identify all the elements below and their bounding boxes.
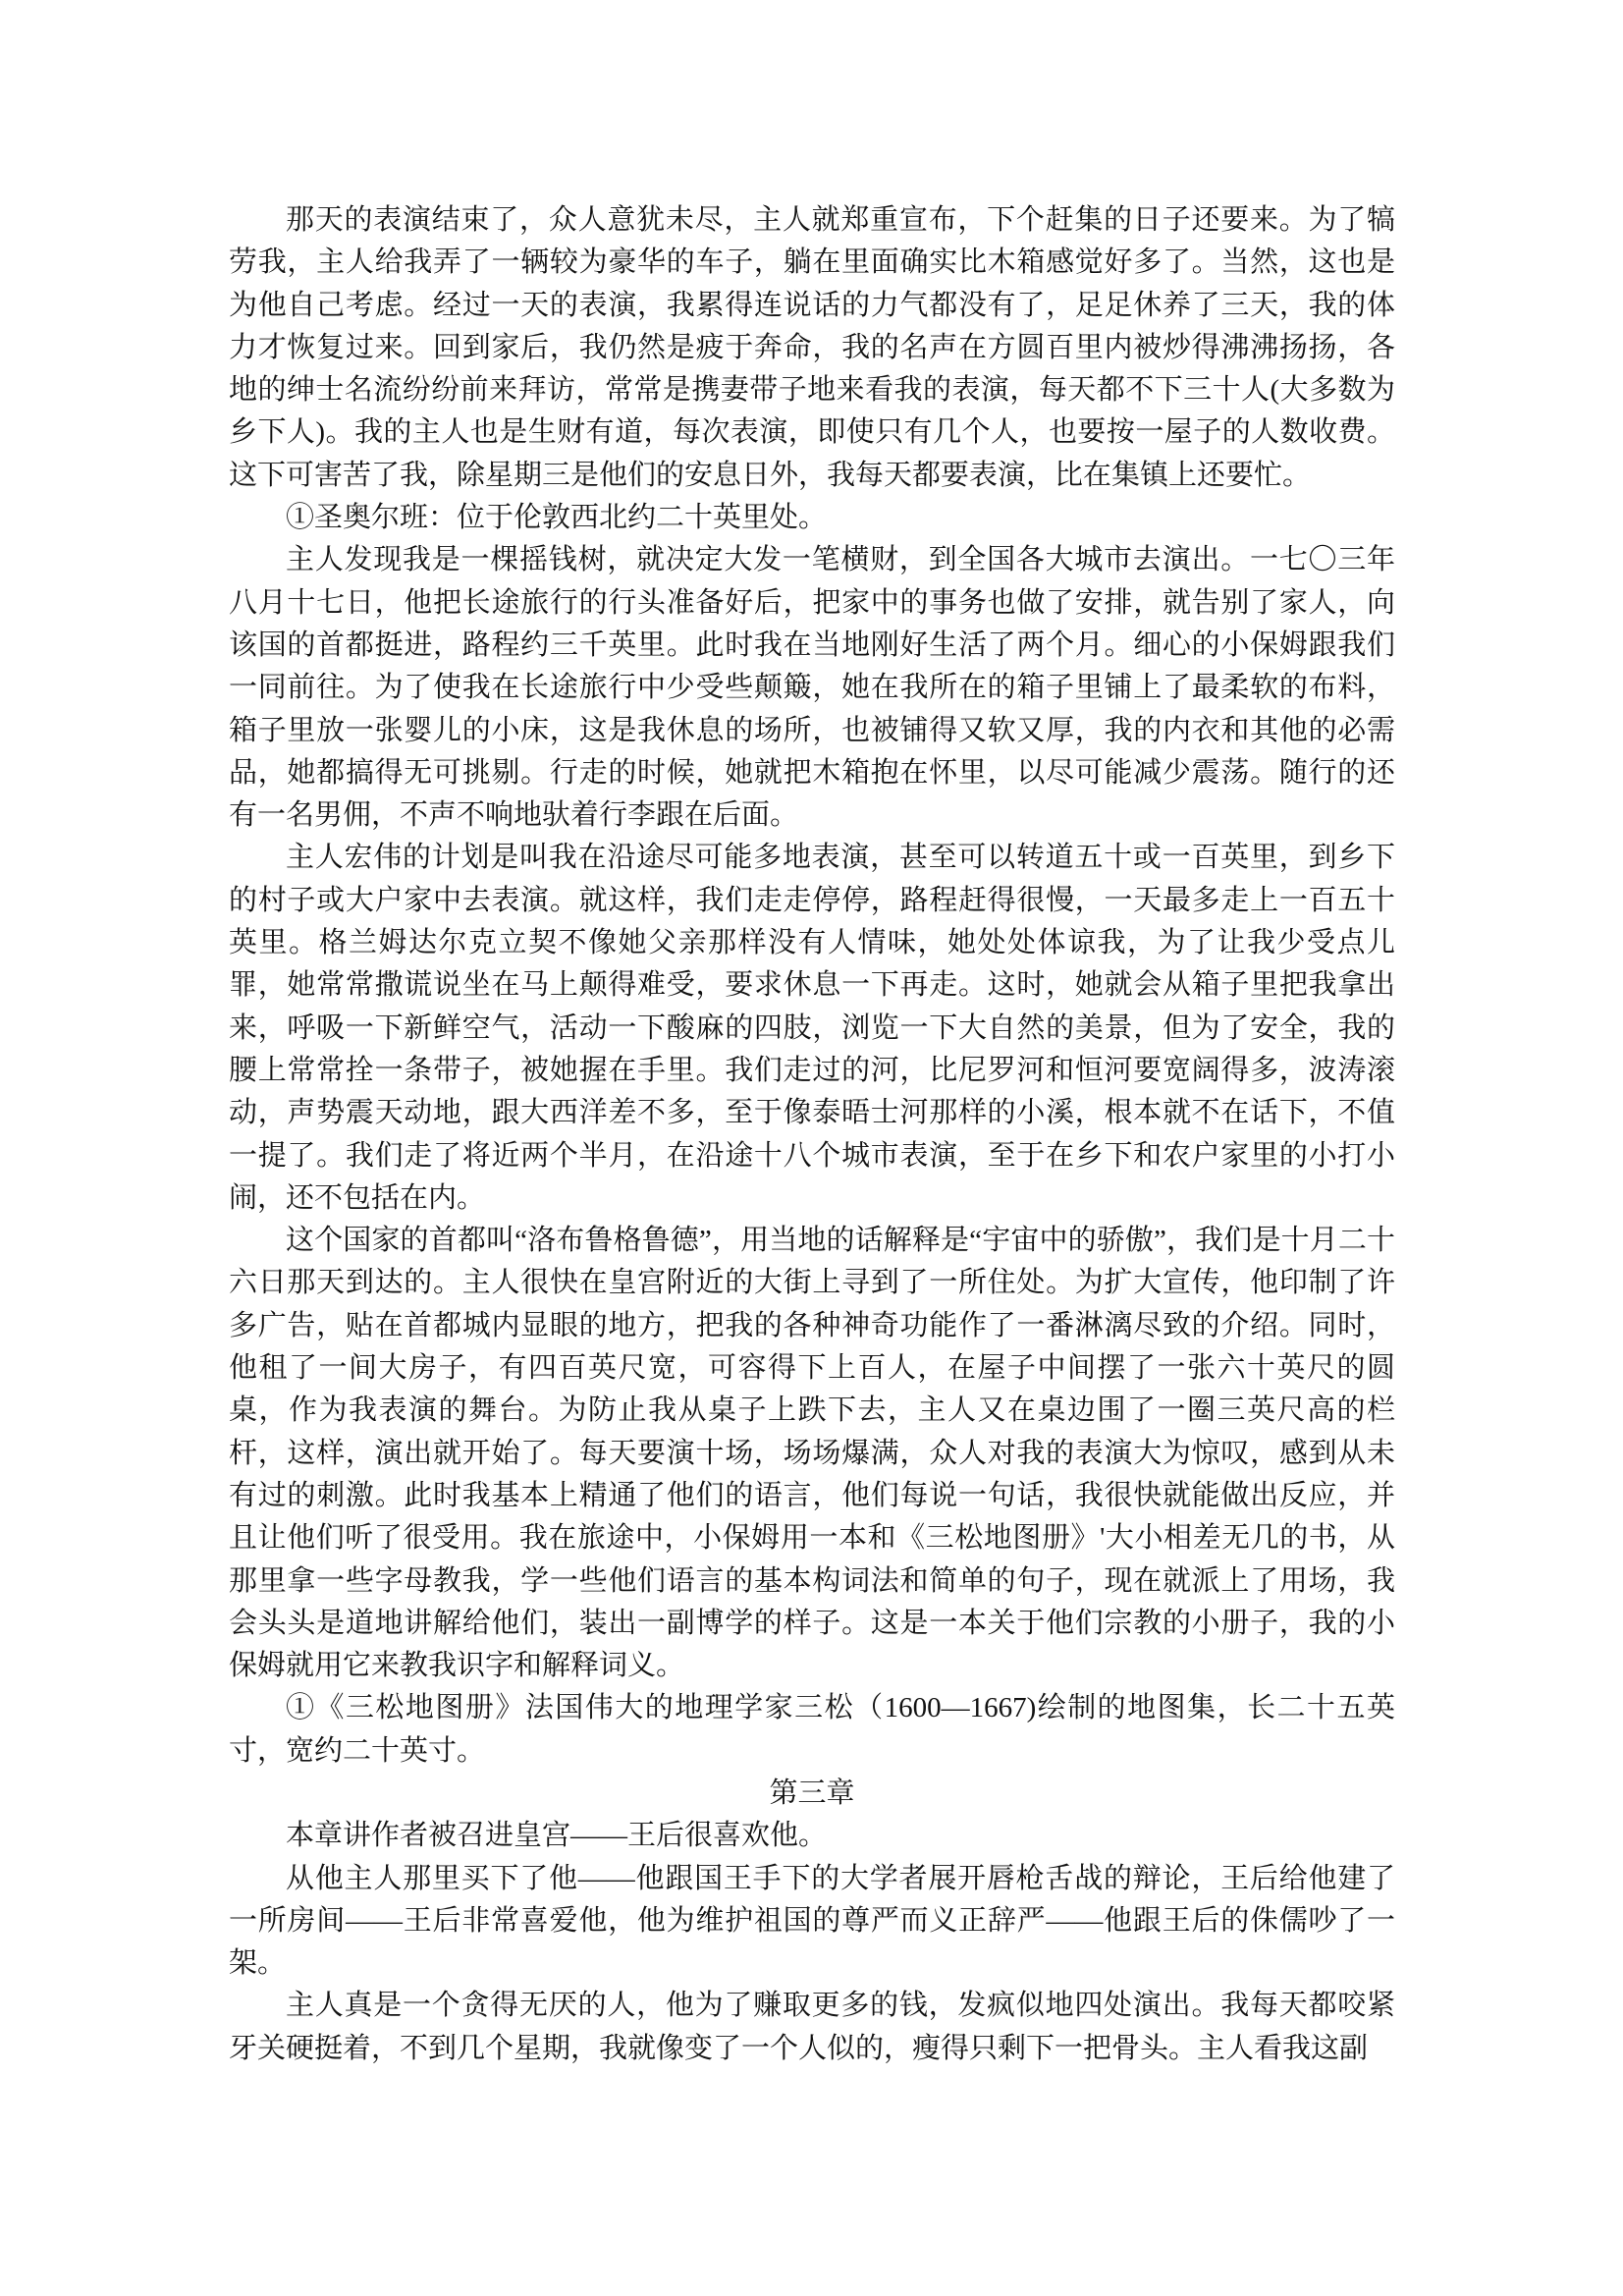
- text-block: 那天的表演结束了，众人意犹未尽，主人就郑重宣布，下个赶集的日子还要来。为了犒劳我…: [229, 199, 1395, 2070]
- paragraph: 从他主人那里买下了他——他跟国王手下的大学者展开唇枪舌战的辩论，王后给他建了一所…: [229, 1858, 1395, 1986]
- footnote: ①圣奥尔班：位于伦敦西北约二十英里处。: [229, 497, 1395, 539]
- footnote: ①《三松地图册》法国伟大的地理学家三松（1600—1667)绘制的地图集，长二十…: [229, 1687, 1395, 1773]
- document-page: 那天的表演结束了，众人意犹未尽，主人就郑重宣布，下个赶集的日子还要来。为了犒劳我…: [0, 0, 1623, 2296]
- paragraph: 主人发现我是一棵摇钱树，就决定大发一笔横财，到全国各大城市去演出。一七〇三年八月…: [229, 539, 1395, 837]
- paragraph: 主人宏伟的计划是叫我在沿途尽可能多地表演，甚至可以转道五十或一百英里，到乡下的村…: [229, 837, 1395, 1220]
- chapter-heading: 第三章: [229, 1773, 1395, 1815]
- paragraph: 这个国家的首都叫“洛布鲁格鲁德”，用当地的话解释是“宇宙中的骄傲”，我们是十月二…: [229, 1220, 1395, 1687]
- paragraph: 主人真是一个贪得无厌的人，他为了赚取更多的钱，发疯似地四处演出。我每天都咬紧牙关…: [229, 1985, 1395, 2070]
- paragraph: 那天的表演结束了，众人意犹未尽，主人就郑重宣布，下个赶集的日子还要来。为了犒劳我…: [229, 199, 1395, 497]
- paragraph: 本章讲作者被召进皇宫——王后很喜欢他。: [229, 1815, 1395, 1857]
